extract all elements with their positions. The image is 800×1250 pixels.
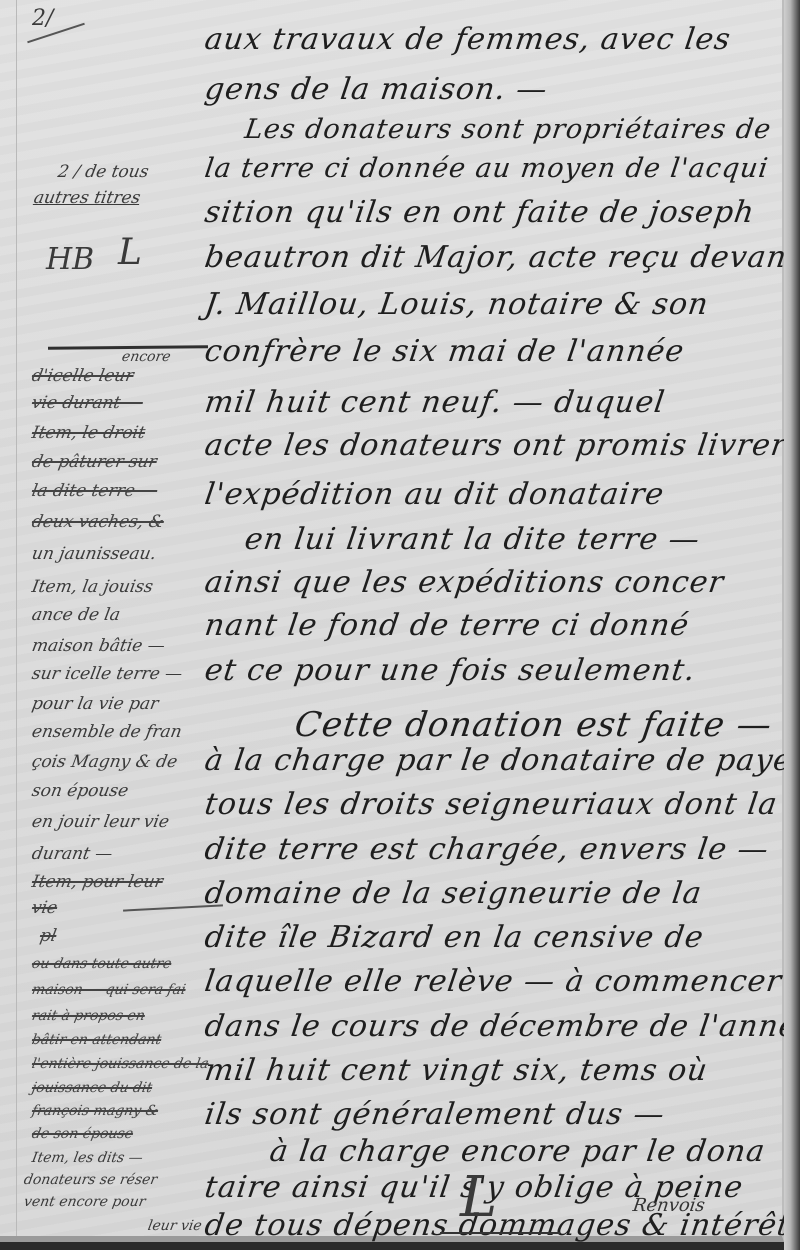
manuscript-page: 2/ 2 / de tous autres titres HB L encore… — [0, 0, 784, 1242]
margin-top-note-2: autres titres — [32, 188, 142, 208]
text-line: la terre ci donnée au moyen de l'acqui — [203, 153, 771, 184]
margin-note-struck: Item, pour leur — [30, 872, 164, 892]
margin-note-struck: deux vaches, & — [30, 512, 165, 532]
text-line: à la charge encore par le dona — [268, 1134, 768, 1169]
binding-margin-line — [16, 0, 17, 1236]
margin-note: maison bâtie — — [30, 636, 166, 656]
margin-note: Item, les dits — — [31, 1150, 145, 1166]
text-line: acte les donateurs ont promis livrer — [203, 428, 789, 463]
margin-note-struck: rait à propos en — [31, 1008, 147, 1024]
margin-note-struck: de son épouse — [31, 1126, 135, 1142]
margin-note: durant — — [30, 844, 114, 864]
margin-note: en jouir leur vie — [30, 812, 170, 832]
text-line: et ce pour une fois seulement. — [203, 653, 698, 688]
text-line: mil huit cent vingt six, tems où — [203, 1053, 711, 1088]
margin-note-struck: la dite terre — — [30, 481, 159, 501]
margin-initials-hb: HB — [46, 242, 94, 277]
margin-note: ance de la — [30, 605, 122, 625]
margin-note-struck: jouissance du dit — [31, 1080, 154, 1096]
book-page-edge — [784, 0, 800, 1250]
margin-note: son épouse — [30, 781, 130, 801]
margin-note: un jaunisseau. — [30, 544, 158, 564]
margin-note-struck: vie — [30, 898, 59, 918]
margin-note: leur vie — [147, 1218, 203, 1234]
folio-number: 2/ — [32, 6, 53, 31]
text-line: en lui livrant la dite terre — — [243, 522, 703, 557]
signature-underline — [440, 1232, 560, 1234]
text-line: mil huit cent neuf. — duquel — [203, 385, 668, 420]
margin-note-struck: vie durant — — [30, 393, 144, 413]
margin-note: ensemble de fran — [30, 722, 183, 742]
text-line: sition qu'ils en ont faite de joseph — [203, 195, 757, 230]
text-line: J. Maillou, Louis, notaire & son — [203, 287, 711, 322]
text-line: dans le cours de décembre de l'année — [203, 1009, 800, 1044]
text-line: nant le fond de terre ci donné — [203, 608, 692, 643]
text-line: l'expédition au dit donataire — [203, 477, 667, 512]
margin-note: çois Magny & de — [30, 752, 179, 772]
margin-note: sur icelle terre — — [30, 664, 184, 684]
margin-note-struck: Item, le droit — [30, 423, 146, 443]
text-line: ils sont généralement dus — — [203, 1097, 668, 1132]
text-line: dite île Bizard en la censive de — [203, 920, 707, 955]
text-line: ainsi que les expéditions concer — [203, 565, 727, 600]
margin-note-struck: pl — [38, 926, 58, 946]
margin-note-struck: maison — qui sera fai — [31, 982, 187, 998]
text-line: beautron dit Major, acte reçu devant — [203, 240, 800, 275]
margin-note-struck: ou dans toute autre — [31, 956, 173, 972]
margin-note-struck: de pâturer sur — [30, 452, 158, 472]
text-line: dite terre est chargée, envers le — — [203, 832, 772, 867]
text-line: tous les droits seigneuriaux dont la — [203, 787, 780, 822]
margin-note-partly-struck: Item, la jouiss — [30, 577, 154, 597]
margin-paraph-l: L — [118, 232, 142, 273]
text-line: Cette donation est faite — — [292, 705, 774, 745]
text-line: aux travaux de femmes, avec les — [203, 22, 734, 57]
margin-note: encore — [121, 349, 172, 365]
margin-note: vent encore pour — [23, 1194, 147, 1210]
margin-note-struck: bâtir en attendant — [31, 1032, 163, 1048]
text-line: à la charge par le donataire de payer — [203, 743, 800, 778]
margin-note-struck: l'entière jouissance de la — [31, 1056, 210, 1072]
text-line: laquelle elle relève — à commencer — [203, 964, 785, 999]
margin-note: pour la vie par — [30, 694, 160, 714]
renvois-note: Renvois — [632, 1195, 707, 1216]
margin-note-struck: françois magny & — [31, 1103, 160, 1119]
signature-paraph: L — [460, 1165, 497, 1230]
margin-note-struck: d'icelle leur — [30, 366, 135, 386]
text-line: Les donateurs sont propriétaires de — [243, 114, 774, 145]
text-line: gens de la maison. — — [203, 72, 550, 107]
text-line: confrère le six mai de l'année — [203, 334, 687, 369]
margin-top-note-1: 2 / de tous — [56, 162, 150, 182]
text-line: de tous dépens dommages & intérêts — [203, 1208, 800, 1243]
margin-note: donateurs se réser — [23, 1172, 159, 1188]
text-line: domaine de la seigneurie de la — [203, 876, 705, 911]
